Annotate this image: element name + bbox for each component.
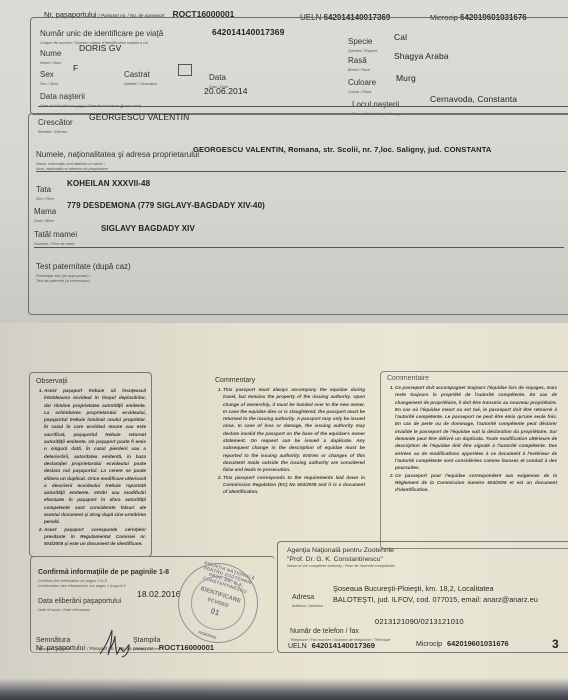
owner-field: Numele, naţionalitatea şi adresa proprie… — [36, 144, 199, 171]
footer-ueln-label: UELN — [288, 643, 307, 650]
authority-name-line2: "Prof. Dr. G. K. Constantinescu" — [287, 555, 395, 564]
sex-label: Sex — [40, 70, 54, 79]
parentage-label: Test paternitate (după caz) — [36, 262, 131, 271]
damsire-sub: Damsire / Père de mère — [34, 242, 77, 247]
issue-date-field: Data eliberării paşaportului Date of iss… — [38, 590, 121, 613]
observatii-list: Acest paşaport trebuie să însoţească înt… — [36, 387, 146, 548]
divider — [36, 171, 566, 172]
dam-sub: Dam / Mère — [34, 219, 56, 224]
commentaire-item: Ce passeport pour l'equidae corresponden… — [395, 472, 557, 494]
phone-value: 0213121090/0213121010 — [375, 617, 464, 626]
parentage-sub-fr: Test de paternité (si nécessaire) — [36, 279, 131, 284]
sex-value: F — [73, 63, 78, 73]
sire-field: Tata Sire / Père — [36, 179, 54, 202]
confirm-label: Confirmă informaţiile de pe paginile 1-8 — [38, 569, 169, 576]
unique-id-label: Număr unic de identificare pe viaţă — [40, 29, 163, 38]
authority-sub: Name of the competent authority / Nom de… — [287, 564, 395, 569]
commentary-list: This passport must always accompany the … — [215, 386, 365, 495]
breed-field: Rasă Breed / Race — [348, 50, 370, 73]
footer-passport-sub: / Passport no. / No. de passeport — [87, 646, 153, 651]
unique-id-value: 642014140017369 — [212, 27, 284, 37]
footer-passport-number: Nr. paşaportului / Passport no. / No. de… — [36, 643, 214, 652]
address-sub: Address / Adresse — [292, 604, 323, 609]
footer-microchip-value: 642019601031676 — [447, 639, 509, 648]
owner-value: GEORGESCU VALENTIN, Romana, str. Scolii,… — [193, 145, 492, 154]
observatii-title: Observaţii — [36, 378, 146, 385]
commentary-item: This passport must always accompany the … — [223, 386, 365, 474]
issue-date-sub: Date of issue / Date d'émission — [38, 608, 121, 613]
birth-place-value: Cernavoda, Constanta — [430, 94, 517, 104]
name-value: DORIS GV — [79, 43, 121, 53]
authority-name: Agenţia Naţională pentru Zootehnie "Prof… — [287, 546, 395, 569]
footer-ueln: UELN 642014140017369 — [288, 641, 375, 650]
address-label: Adresa — [292, 594, 314, 601]
address-value: Şoseaua Bucureşti-Ploieşti, km. 18,2, Lo… — [333, 583, 538, 605]
castrated-label: Castrat — [124, 70, 150, 79]
commentaire-title: Commentaire — [387, 375, 557, 382]
address-line1: Şoseaua Bucureşti-Ploieşti, km. 18,2, Lo… — [333, 583, 538, 594]
footer-passport-value: ROCT16000001 — [159, 643, 214, 652]
passport-page-identification: Nr. paşaportului / Passport no. / No. de… — [0, 0, 568, 323]
name-label: Nume — [40, 49, 61, 58]
sire-label: Tata — [36, 185, 51, 194]
observatii-item: Acest paşaport corespunde cerinţelor pre… — [44, 526, 146, 548]
colour-value: Murg — [396, 73, 416, 83]
parentage-field: Test paternitate (după caz) Parentage te… — [36, 256, 131, 283]
commentary-title: Commentary — [215, 377, 365, 384]
footer-microchip-label: Microcip — [416, 641, 442, 648]
observatii-box: Observaţii Acest paşaport trebuie să îns… — [29, 372, 152, 557]
page-number: 3 — [552, 637, 559, 651]
dam-label: Mama — [34, 207, 56, 216]
commentary-item: This passport corresponds to the require… — [223, 474, 365, 496]
sire-value: KOHEILAN XXXVII-48 — [67, 179, 150, 188]
commentaire-item: Ce passeport doit accompagner toujours l… — [395, 384, 557, 472]
species-label: Specie — [348, 37, 372, 46]
footer-ueln-value: 642014140017369 — [312, 641, 375, 650]
divider — [38, 106, 568, 107]
commentary-section: Commentary This passport must always acc… — [215, 377, 365, 495]
birth-date-label: Data naşterii — [40, 92, 85, 101]
authority-name-line1: Agenţia Naţională pentru Zootehnie — [287, 546, 395, 555]
footer-microchip: Microcip 642019601031676 — [416, 639, 509, 648]
damsire-field: Tatăl mamei Damsire / Père de mère — [34, 224, 77, 247]
date-label: Data — [209, 73, 226, 82]
colour-field: Culoare Colour / Robe — [348, 72, 376, 95]
castrated-checkbox[interactable] — [178, 64, 192, 76]
species-value: Cal — [394, 32, 407, 42]
commentaire-list: Ce passeport doit accompagner toujours l… — [387, 384, 557, 493]
name-field: Nume Name / Nom — [40, 43, 61, 66]
birth-date-value: 20.06.2014 — [204, 86, 248, 96]
footer-passport-label: Nr. paşaportului — [36, 645, 85, 652]
address-field: Adresa Address / Adresse — [292, 586, 323, 609]
commentaire-section: Commentaire Ce passeport doit accompagne… — [387, 375, 557, 493]
owner-label: Numele, naţionalitatea şi adresa proprie… — [36, 150, 199, 159]
dam-value: 779 DESDEMONA (779 SIGLAVY-BAGDADY XIV-4… — [67, 201, 265, 210]
observatii-item: Acest paşaport trebuie să însoţească înt… — [44, 387, 146, 526]
phone-label: Număr de telefon / fax — [290, 628, 359, 635]
birth-place-label: Locul naşterii — [352, 100, 399, 109]
address-line2: BALOTEŞTI, jud. ILFOV, cod. 077015, emai… — [333, 594, 538, 605]
sex-field: Sex Sex / Sexe — [40, 64, 58, 87]
colour-label: Culoare — [348, 78, 376, 87]
damsire-value: SIGLAVY BAGDADY XIV — [101, 224, 195, 233]
issue-date-label: Data eliberării paşaportului — [38, 598, 121, 605]
issue-date-value: 18.02.2016 — [137, 589, 181, 599]
breed-label: Rasă — [348, 56, 367, 65]
confirm-sub-fr: Confirmation des informations sur pages … — [38, 584, 169, 589]
dam-field: Mama Dam / Mère — [34, 201, 56, 224]
breed-value: Shagya Araba — [394, 51, 449, 61]
damsire-label: Tatăl mamei — [34, 230, 77, 239]
confirm-field: Confirmă informaţiile de pe paginile 1-8… — [38, 561, 169, 588]
castrated-field: Castrat Gelded / Castration — [124, 64, 157, 87]
divider — [34, 247, 564, 248]
